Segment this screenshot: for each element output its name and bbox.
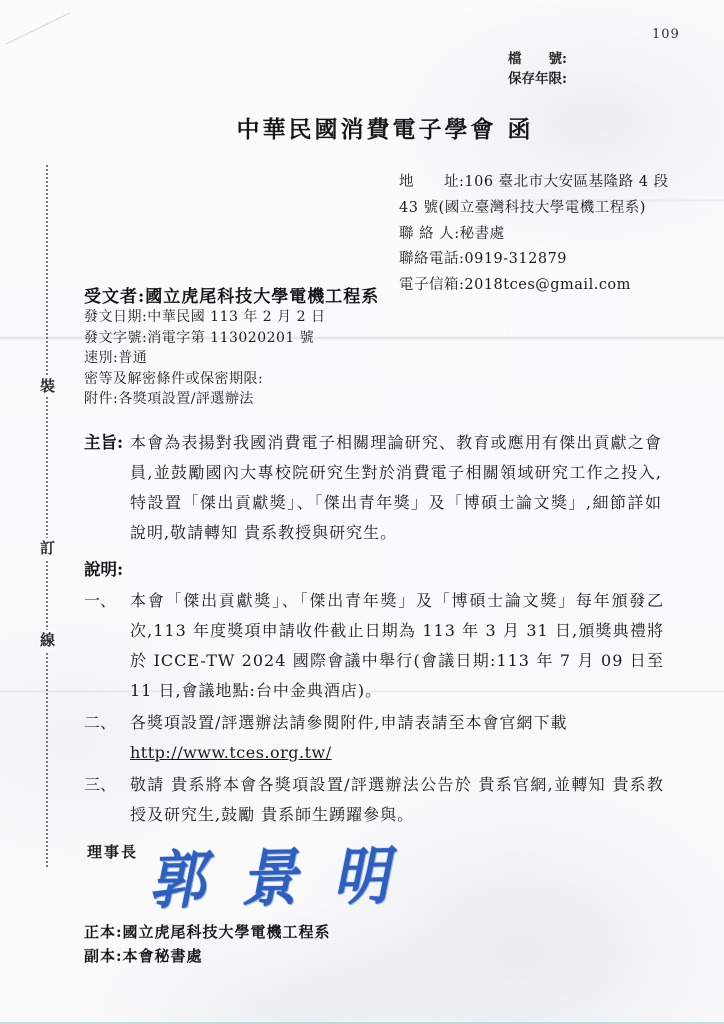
file-no-label: 檔 號: [508, 49, 567, 69]
issue-date-line: 發文日期:中華民國 113 年 2 月 2 日 [84, 307, 325, 328]
item-text: 敬請 貴系將本會各獎項設置/評選辦法公告於 貴系官網,並轉知 貴系教授及研究生,… [130, 770, 664, 830]
binding-dotted-line [46, 165, 48, 867]
website-url-text: http://www.tces.org.tw/ [130, 738, 664, 768]
item-body-text: 敬請 貴系將本會各獎項設置/評選辦法公告於 貴系官網,並轉知 貴系教授及研究生,… [130, 775, 664, 824]
retention-label: 保存年限: [508, 69, 567, 89]
subject-label: 主旨: [84, 428, 130, 458]
explanation-label: 說明: [84, 556, 664, 584]
sender-info-block: 地 址:106 臺北市大安區基隆路 4 段 43 號(國立臺灣科技大學電機工程系… [399, 170, 719, 299]
original-recipient-line: 正本:國立虎尾科技大學電機工程系 [84, 921, 331, 945]
sender-address-line2: 43 號(國立臺灣科技大學電機工程系) [399, 196, 719, 222]
sender-contact-person: 聯 絡 人:秘書處 [399, 222, 719, 248]
item-body-text: 各獎項設置/評選辦法請參閱附件,申請表請至本會官網下載 [130, 713, 567, 732]
security-class-line: 密等及解密條件或保密期限: [84, 369, 325, 390]
file-header-block: 檔 號: 保存年限: [508, 49, 567, 89]
item-text: 本會「傑出貢獻獎」、「傑出青年獎」及「博碩士論文獎」每年頒發乙次,113 年度獎… [130, 586, 664, 706]
document-meta-block: 發文日期:中華民國 113 年 2 月 2 日 發文字號:消電字第 113020… [84, 307, 325, 410]
explanation-section: 說明: 一、 本會「傑出貢獻獎」、「傑出青年獎」及「博碩士論文獎」每年頒發乙次,… [84, 556, 664, 830]
binding-mark-zhuang: 裝 [39, 376, 56, 397]
subject-section: 主旨: 本會為表揚對我國消費電子相關理論研究、教育或應用有傑出貢獻之會員,並鼓勵… [84, 428, 662, 548]
sender-email: 電子信箱:2018tces@gmail.com [399, 273, 719, 299]
explanation-item-2: 二、 各獎項設置/評選辦法請參閱附件,申請表請至本會官網下載 http://ww… [84, 708, 664, 768]
chairman-title: 理事長 [87, 841, 138, 862]
item-number: 一、 [84, 586, 130, 616]
item-body-text: 本會「傑出貢獻獎」、「傑出青年獎」及「博碩士論文獎」每年頒發乙次,113 年度獎… [130, 591, 664, 700]
doc-number-line: 發文字號:消電字第 113020201 號 [84, 328, 325, 349]
explanation-item-1: 一、 本會「傑出貢獻獎」、「傑出青年獎」及「博碩士論文獎」每年頒發乙次,113 … [84, 586, 664, 706]
attachment-line: 附件:各獎項設置/評選辦法 [84, 389, 325, 410]
item-text: 各獎項設置/評選辦法請參閱附件,申請表請至本會官網下載 http://www.t… [130, 708, 664, 768]
item-number: 三、 [84, 770, 130, 800]
chairman-signature-stamp: 郭景明 [148, 826, 450, 922]
subject-text: 本會為表揚對我國消費電子相關理論研究、教育或應用有傑出貢獻之會員,並鼓勵國內大專… [130, 428, 662, 548]
binding-mark-ding: 訂 [39, 538, 56, 559]
page-number: 109 [652, 27, 680, 42]
paper-crease [5, 12, 70, 44]
distribution-block: 正本:國立虎尾科技大學電機工程系 副本:本會秘書處 [84, 921, 331, 968]
sender-phone: 聯絡電話:0919-312879 [399, 247, 719, 273]
recipient-line: 受文者:國立虎尾科技大學電機工程系 [84, 282, 379, 307]
copy-recipient-line: 副本:本會秘書處 [84, 945, 331, 969]
binding-mark-xian: 線 [39, 630, 56, 651]
letter-title: 中華民國消費電子學會 函 [202, 111, 568, 144]
speed-class-line: 速別:普通 [84, 348, 325, 369]
sender-address-line1: 地 址:106 臺北市大安區基隆路 4 段 [399, 170, 719, 196]
explanation-item-3: 三、 敬請 貴系將本會各獎項設置/評選辦法公告於 貴系官網,並轉知 貴系教授及研… [84, 770, 664, 830]
scanned-letter-page: 裝 訂 線 109 檔 號: 保存年限: 中華民國消費電子學會 函 地 址:10… [0, 0, 724, 1024]
item-number: 二、 [84, 708, 130, 738]
